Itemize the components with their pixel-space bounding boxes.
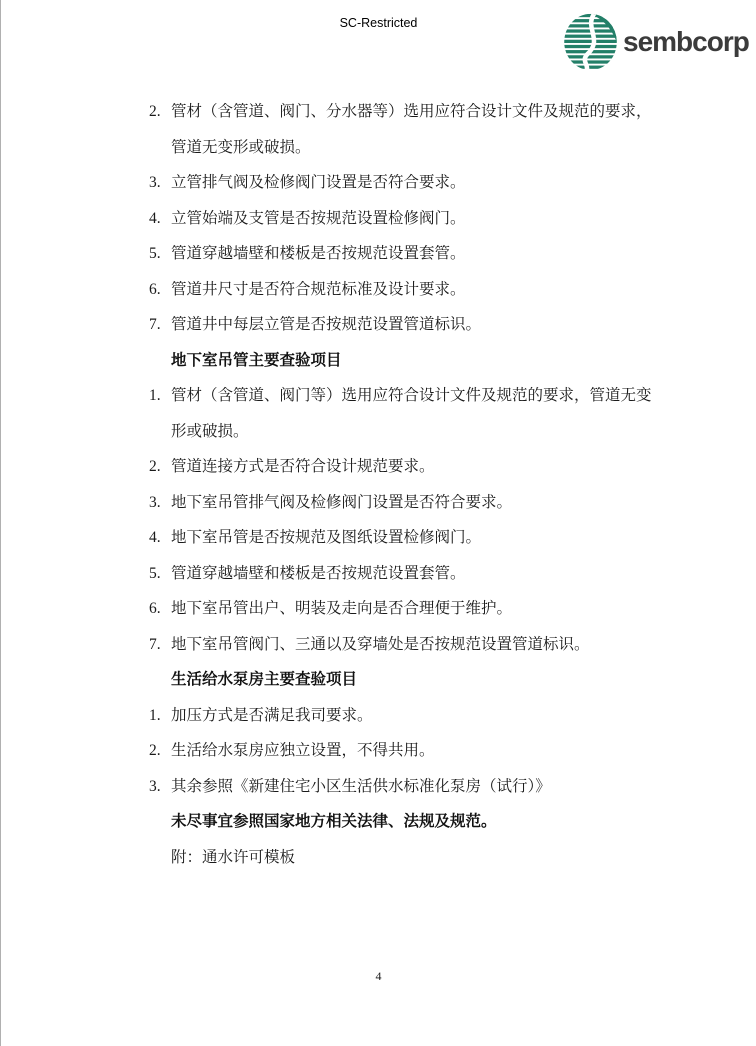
item-text: 地下室吊管出户、明装及走向是否合理便于维护。 bbox=[171, 591, 655, 627]
list-item: 5. 管道穿越墙壁和楼板是否按规范设置套管。 bbox=[149, 556, 689, 592]
item-number: 4. bbox=[149, 520, 171, 556]
item-number: 1. bbox=[149, 698, 171, 734]
item-text: 加压方式是否满足我司要求。 bbox=[171, 698, 655, 734]
list-item: 6. 地下室吊管出户、明装及走向是否合理便于维护。 bbox=[149, 591, 689, 627]
list-item: 4. 地下室吊管是否按规范及图纸设置检修阀门。 bbox=[149, 520, 689, 556]
list-item: 1. 管材（含管道、阀门等）选用应符合设计文件及规范的要求，管道无变形或破损。 bbox=[149, 378, 689, 449]
list-item: 3. 地下室吊管排气阀及检修阀门设置是否符合要求。 bbox=[149, 485, 689, 521]
item-number: 4. bbox=[149, 201, 171, 237]
item-text: 其余参照《新建住宅小区生活供水标准化泵房（试行）》 bbox=[171, 769, 655, 805]
item-number: 5. bbox=[149, 236, 171, 272]
item-number: 3. bbox=[149, 769, 171, 805]
sembcorp-logo: sembcorp bbox=[563, 13, 749, 71]
sembcorp-globe-icon bbox=[563, 13, 618, 71]
list-item: 7. 地下室吊管阀门、三通以及穿墙处是否按规范设置管道标识。 bbox=[149, 627, 689, 663]
section-heading-basement-pipes: 地下室吊管主要查验项目 bbox=[171, 343, 689, 379]
item-number: 6. bbox=[149, 272, 171, 308]
page-number: 4 bbox=[1, 969, 756, 984]
item-text: 立管排气阀及检修阀门设置是否符合要求。 bbox=[171, 165, 655, 201]
item-number: 2. bbox=[149, 94, 171, 165]
item-number: 2. bbox=[149, 449, 171, 485]
closing-statement: 未尽事宜参照国家地方相关法律、法规及规范。 bbox=[171, 804, 689, 840]
item-text: 管材（含管道、阀门、分水器等）选用应符合设计文件及规范的要求，管道无变形或破损。 bbox=[171, 94, 655, 165]
list-item: 2. 生活给水泵房应独立设置，不得共用。 bbox=[149, 733, 689, 769]
list-item: 3. 立管排气阀及检修阀门设置是否符合要求。 bbox=[149, 165, 689, 201]
list-item: 2. 管材（含管道、阀门、分水器等）选用应符合设计文件及规范的要求，管道无变形或… bbox=[149, 94, 689, 165]
document-page: SC-Restricted sembcorp bbox=[0, 0, 756, 1046]
item-text: 管道穿越墙壁和楼板是否按规范设置套管。 bbox=[171, 556, 655, 592]
section-heading-pump-room: 生活给水泵房主要查验项目 bbox=[171, 662, 689, 698]
list-item: 5. 管道穿越墙壁和楼板是否按规范设置套管。 bbox=[149, 236, 689, 272]
list-item: 4. 立管始端及支管是否按规范设置检修阀门。 bbox=[149, 201, 689, 237]
item-text: 生活给水泵房应独立设置，不得共用。 bbox=[171, 733, 655, 769]
item-number: 7. bbox=[149, 307, 171, 343]
list-item: 1. 加压方式是否满足我司要求。 bbox=[149, 698, 689, 734]
list-item: 3. 其余参照《新建住宅小区生活供水标准化泵房（试行）》 bbox=[149, 769, 689, 805]
item-number: 3. bbox=[149, 165, 171, 201]
item-text: 地下室吊管排气阀及检修阀门设置是否符合要求。 bbox=[171, 485, 655, 521]
document-body: 2. 管材（含管道、阀门、分水器等）选用应符合设计文件及规范的要求，管道无变形或… bbox=[149, 94, 689, 875]
item-number: 6. bbox=[149, 591, 171, 627]
item-text: 管道连接方式是否符合设计规范要求。 bbox=[171, 449, 655, 485]
item-text: 地下室吊管阀门、三通以及穿墙处是否按规范设置管道标识。 bbox=[171, 627, 655, 663]
item-number: 7. bbox=[149, 627, 171, 663]
list-item: 2. 管道连接方式是否符合设计规范要求。 bbox=[149, 449, 689, 485]
item-text: 管道井尺寸是否符合规范标准及设计要求。 bbox=[171, 272, 655, 308]
item-number: 3. bbox=[149, 485, 171, 521]
list-item: 7. 管道井中每层立管是否按规范设置管道标识。 bbox=[149, 307, 689, 343]
item-text: 管材（含管道、阀门等）选用应符合设计文件及规范的要求，管道无变形或破损。 bbox=[171, 378, 655, 449]
item-number: 1. bbox=[149, 378, 171, 449]
logo-wordmark: sembcorp bbox=[623, 26, 749, 58]
item-number: 2. bbox=[149, 733, 171, 769]
attachment-note: 附：通水许可模板 bbox=[171, 840, 689, 876]
item-number: 5. bbox=[149, 556, 171, 592]
item-text: 管道井中每层立管是否按规范设置管道标识。 bbox=[171, 307, 655, 343]
item-text: 地下室吊管是否按规范及图纸设置检修阀门。 bbox=[171, 520, 655, 556]
item-text: 管道穿越墙壁和楼板是否按规范设置套管。 bbox=[171, 236, 655, 272]
item-text: 立管始端及支管是否按规范设置检修阀门。 bbox=[171, 201, 655, 237]
list-item: 6. 管道井尺寸是否符合规范标准及设计要求。 bbox=[149, 272, 689, 308]
